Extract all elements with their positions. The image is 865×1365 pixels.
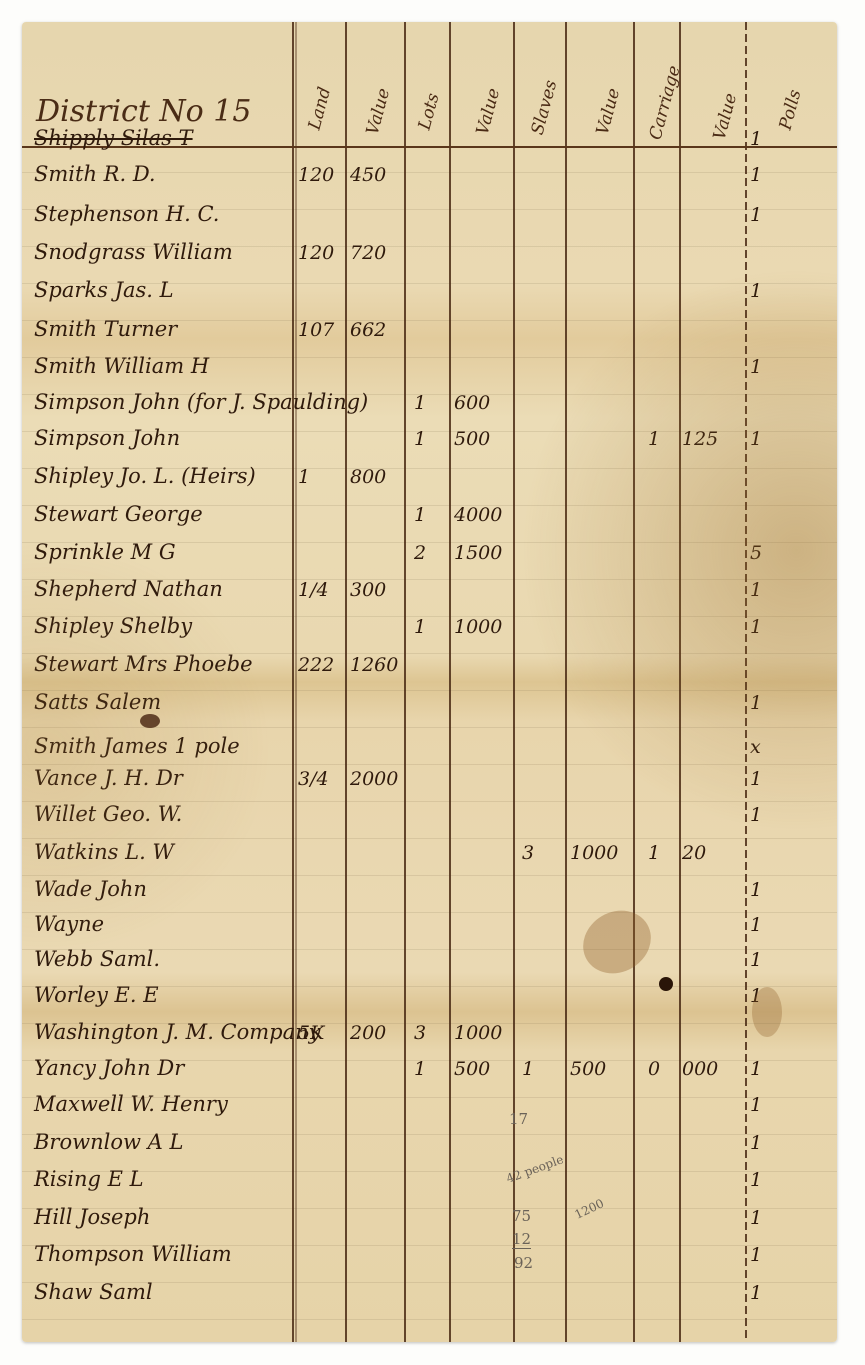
taxpayer-name: Smith Turner: [34, 317, 177, 341]
polls-cell: 1: [750, 985, 762, 1007]
ink-blot: [140, 714, 160, 728]
ruled-line: [22, 172, 837, 173]
column-header-lots-value: Value: [473, 86, 505, 137]
ink-stain: [572, 899, 663, 986]
ruled-line: [22, 542, 837, 543]
polls-cell: 1: [750, 280, 762, 302]
land-value-cell: 2000: [350, 768, 398, 790]
taxpayer-name: Smith James 1 pole: [34, 734, 240, 758]
taxpayer-name: Brownlow A L: [34, 1130, 183, 1154]
taxpayer-name: Maxwell W. Henry: [34, 1092, 228, 1116]
ruled-line: [22, 986, 837, 987]
land-value-cell: 662: [350, 319, 386, 341]
land-value-cell: 720: [350, 242, 386, 264]
taxpayer-name: Washington J. M. Company: [34, 1020, 321, 1044]
taxpayer-name: Shipley Jo. L. (Heirs): [34, 464, 256, 488]
polls-cell: 1: [750, 579, 762, 601]
ruled-line: [22, 764, 837, 765]
pencil-note: 42 people: [504, 1152, 565, 1186]
polls-cell: 1: [750, 1132, 762, 1154]
ruled-line: [22, 690, 837, 691]
polls-cell: 1: [750, 1094, 762, 1116]
polls-cell: 1: [750, 1282, 762, 1304]
column-divider: [345, 22, 347, 1342]
taxpayer-name: Sparks Jas. L: [34, 278, 174, 302]
land-value-cell: 450: [350, 164, 386, 186]
taxpayer-name: Thompson William: [34, 1242, 232, 1266]
polls-cell: 1: [750, 1207, 762, 1229]
column-header-carriage-value: Value: [710, 91, 742, 142]
lots-value-cell: 1000: [454, 1022, 502, 1044]
taxpayer-name: Smith R. D.: [34, 162, 156, 186]
taxpayer-name: Webb Saml.: [34, 947, 160, 971]
carriage-cell: 0: [648, 1058, 660, 1080]
polls-cell: 1: [750, 1244, 762, 1266]
taxpayer-name: Shepherd Nathan: [34, 577, 223, 601]
taxpayer-name: Simpson John: [34, 426, 180, 450]
taxpayer-name: Wayne: [34, 912, 104, 936]
polls-cell: 1: [750, 949, 762, 971]
ruled-line: [22, 1134, 837, 1135]
carriage-cell: 1: [648, 842, 660, 864]
ruled-line: [22, 1208, 837, 1209]
column-divider: [449, 22, 451, 1342]
ruled-line: [22, 727, 837, 728]
taxpayer-name: Sprinkle M G: [34, 540, 176, 564]
lots-cell: 1: [414, 428, 426, 450]
polls-cell: x: [750, 736, 761, 758]
lots-cell: 1: [414, 1058, 426, 1080]
ruled-line: [22, 1097, 837, 1098]
lots-cell: 3: [414, 1022, 426, 1044]
polls-cell: 1: [750, 692, 762, 714]
ruled-line: [22, 283, 837, 284]
ruled-line: [22, 431, 837, 432]
polls-cell: 1: [750, 768, 762, 790]
taxpayer-name: Smith William H: [34, 354, 209, 378]
carriage-value-cell: 125: [682, 428, 718, 450]
ruled-line: [22, 246, 837, 247]
pencil-note: 12: [512, 1230, 531, 1249]
polls-cell: 1: [750, 879, 762, 901]
land-value-cell: 1260: [350, 654, 398, 676]
taxpayer-name: Shipley Shelby: [34, 614, 192, 638]
polls-cell: 1: [750, 1058, 762, 1080]
land-cell: 5K: [298, 1022, 324, 1044]
column-header-slaves-value: Value: [593, 86, 625, 137]
taxpayer-name: Wade John: [34, 877, 147, 901]
taxpayer-name: Shipply Silas T: [34, 126, 193, 150]
polls-cell: 1: [750, 356, 762, 378]
polls-cell: 1: [750, 914, 762, 936]
ruled-line: [22, 1245, 837, 1246]
taxpayer-name: Hill Joseph: [34, 1205, 150, 1229]
land-value-cell: 300: [350, 579, 386, 601]
ruled-line: [22, 209, 837, 210]
taxpayer-name: Shaw Saml: [34, 1280, 153, 1304]
slaves-cell: 1: [522, 1058, 534, 1080]
column-header-land: Land: [305, 85, 336, 132]
slaves-value-cell: 1000: [570, 842, 618, 864]
carriage-cell: 1: [648, 428, 660, 450]
land-cell: 1: [298, 466, 310, 488]
slaves-value-cell: 500: [570, 1058, 606, 1080]
pencil-note: 17: [509, 1110, 528, 1128]
lots-value-cell: 600: [454, 392, 490, 414]
ruled-line: [22, 838, 837, 839]
column-header-slaves: Slaves: [528, 78, 562, 137]
column-divider: [745, 22, 747, 1342]
column-divider: [292, 22, 294, 1342]
ruled-line: [22, 912, 837, 913]
polls-cell: 1: [750, 164, 762, 186]
column-divider: [565, 22, 567, 1342]
ruled-line: [22, 1060, 837, 1061]
carriage-value-cell: 000: [682, 1058, 718, 1080]
ruled-line: [22, 394, 837, 395]
land-cell: 107: [298, 319, 334, 341]
column-header-land-value: Value: [363, 86, 395, 137]
land-cell: 1/4: [298, 579, 329, 601]
header-rule: [22, 146, 837, 148]
lots-cell: 1: [414, 392, 426, 414]
lots-cell: 1: [414, 504, 426, 526]
ruled-line: [22, 1171, 837, 1172]
land-cell: 120: [298, 164, 334, 186]
ruled-line: [22, 875, 837, 876]
taxpayer-name: Yancy John Dr: [34, 1056, 184, 1080]
ruled-line: [22, 320, 837, 321]
column-header-lots: Lots: [415, 91, 444, 132]
land-cell: 120: [298, 242, 334, 264]
ruled-line: [22, 1319, 837, 1320]
ruled-line: [22, 357, 837, 358]
taxpayer-name: Vance J. H. Dr: [34, 766, 183, 790]
pencil-note: 1200: [572, 1196, 606, 1222]
column-divider: [679, 22, 681, 1342]
lots-value-cell: 1000: [454, 616, 502, 638]
taxpayer-name: Rising E L: [34, 1167, 144, 1191]
lots-value-cell: 4000: [454, 504, 502, 526]
taxpayer-name: Watkins L. W: [34, 840, 174, 864]
taxpayer-name: Stephenson H. C.: [34, 202, 219, 226]
taxpayer-name: Satts Salem: [34, 690, 161, 714]
lots-value-cell: 500: [454, 1058, 490, 1080]
lots-cell: 1: [414, 616, 426, 638]
ruled-line: [22, 579, 837, 580]
pencil-note: 92: [514, 1254, 533, 1272]
land-cell: 222: [298, 654, 334, 676]
ruled-line: [22, 653, 837, 654]
land-value-cell: 200: [350, 1022, 386, 1044]
column-header-polls: Polls: [776, 88, 806, 132]
carriage-value-cell: 20: [682, 842, 706, 864]
column-divider: [633, 22, 635, 1342]
polls-cell: 5: [750, 542, 762, 564]
polls-cell: 1: [750, 1169, 762, 1191]
taxpayer-name: Simpson John (for J. Spaulding): [34, 390, 368, 414]
polls-cell: 1: [750, 204, 762, 226]
slaves-cell: 3: [522, 842, 534, 864]
ruled-line: [22, 505, 837, 506]
polls-cell: 1: [750, 804, 762, 826]
taxpayer-name: Worley E. E: [34, 983, 159, 1007]
polls-cell: 1: [750, 428, 762, 450]
ink-stain: [752, 987, 782, 1037]
ledger-page: District No 15 Land Value Lots Value Sla…: [22, 22, 837, 1342]
taxpayer-name: Stewart Mrs Phoebe: [34, 652, 253, 676]
lots-cell: 2: [414, 542, 426, 564]
ink-blot: [659, 977, 673, 991]
taxpayer-name: Snodgrass William: [34, 240, 233, 264]
pencil-note: 75: [512, 1207, 531, 1225]
ruled-line: [22, 949, 837, 950]
lots-value-cell: 500: [454, 428, 490, 450]
ruled-line: [22, 801, 837, 802]
polls-cell: 1: [750, 616, 762, 638]
column-header-carriage: Carriage: [646, 63, 685, 142]
polls-cell: 1: [750, 128, 762, 150]
column-divider: [513, 22, 515, 1342]
taxpayer-name: Stewart George: [34, 502, 203, 526]
land-cell: 3/4: [298, 768, 329, 790]
district-title: District No 15: [36, 94, 251, 129]
ruled-line: [22, 1023, 837, 1024]
ruled-line: [22, 616, 837, 617]
column-divider: [295, 22, 297, 1342]
taxpayer-name: Willet Geo. W.: [34, 802, 182, 826]
ruled-line: [22, 468, 837, 469]
ruled-line: [22, 1282, 837, 1283]
land-value-cell: 800: [350, 466, 386, 488]
column-divider: [404, 22, 406, 1342]
lots-value-cell: 1500: [454, 542, 502, 564]
